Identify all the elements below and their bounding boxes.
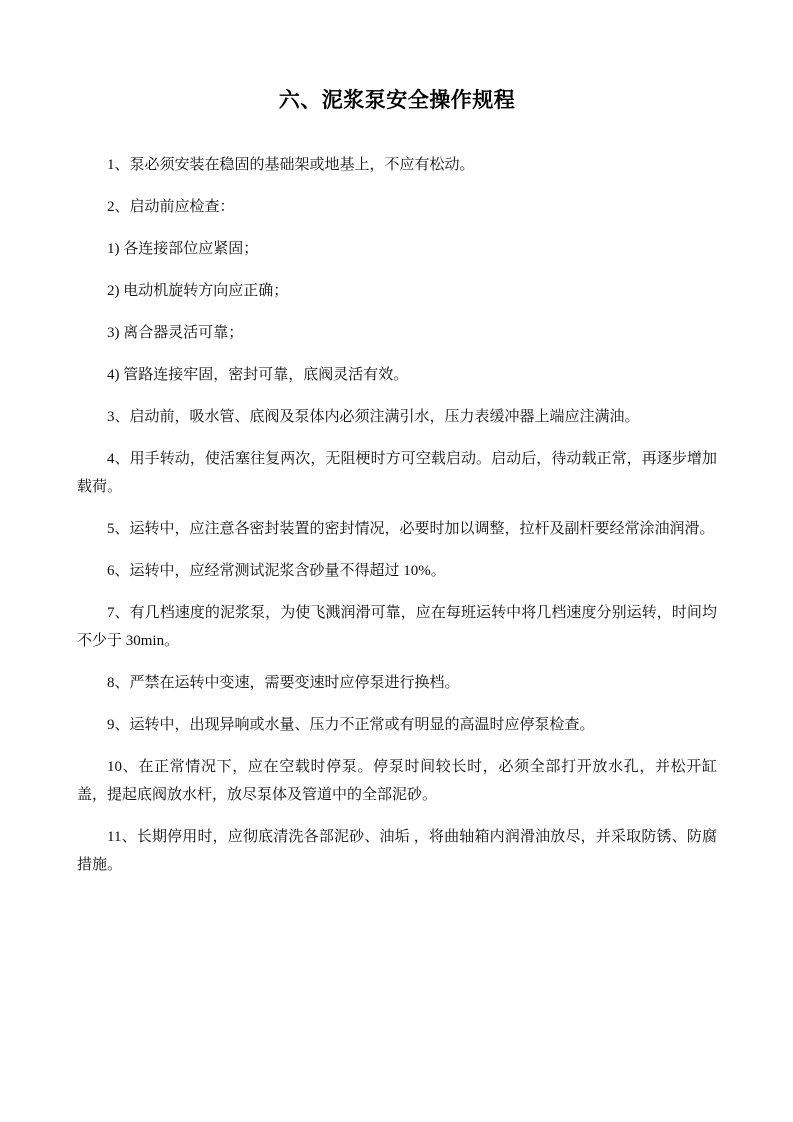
rule-paragraph: 7、有几档速度的泥浆泵，为使飞溅润滑可靠，应在每班运转中将几档速度分别运转，时间… [77, 599, 717, 655]
rule-paragraph: 10、在正常情况下，应在空载时停泵。停泵时间较长时，必须全部打开放水孔，并松开缸… [77, 753, 717, 809]
rule-paragraph: 8、严禁在运转中变速，需要变速时应停泵进行换档。 [77, 669, 717, 697]
document-page: 六、泥浆泵安全操作规程 1、泵必须安装在稳固的基础架或地基上，不应有松动。 2、… [0, 0, 793, 1122]
rule-subitem: 4) 管路连接牢固，密封可靠，底阀灵活有效。 [77, 361, 717, 389]
rule-subitem: 2) 电动机旋转方向应正确； [77, 277, 717, 305]
rule-paragraph: 11、长期停用时，应彻底清洗各部泥砂、油垢 ，将曲轴箱内润滑油放尽，并采取防锈、… [77, 823, 717, 879]
rule-subitem: 3) 离合器灵活可靠； [77, 319, 717, 347]
rule-subitem: 1) 各连接部位应紧固； [77, 235, 717, 263]
rule-paragraph: 4、用手转动，使活塞往复两次，无阻梗时方可空载启动。启动后，待动载正常，再逐步增… [77, 445, 717, 501]
rule-paragraph: 9、运转中，出现异响或水量、压力不正常或有明显的高温时应停泵检查。 [77, 711, 717, 739]
rule-paragraph: 5、运转中，应注意各密封装置的密封情况，必要时加以调整，拉杆及副杆要经常涂油润滑… [77, 515, 717, 543]
rule-paragraph: 6、运转中，应经常测试泥浆含砂量不得超过 10%。 [77, 557, 717, 585]
rule-paragraph: 3、启动前，吸水管、底阀及泵体内必须注满引水，压力表缓冲器上端应注满油。 [77, 403, 717, 431]
document-title: 六、泥浆泵安全操作规程 [77, 87, 717, 115]
rule-paragraph: 1、泵必须安装在稳固的基础架或地基上，不应有松动。 [77, 151, 717, 179]
rule-paragraph: 2、启动前应检查： [77, 193, 717, 221]
document-body: 1、泵必须安装在稳固的基础架或地基上，不应有松动。 2、启动前应检查： 1) 各… [77, 151, 717, 879]
